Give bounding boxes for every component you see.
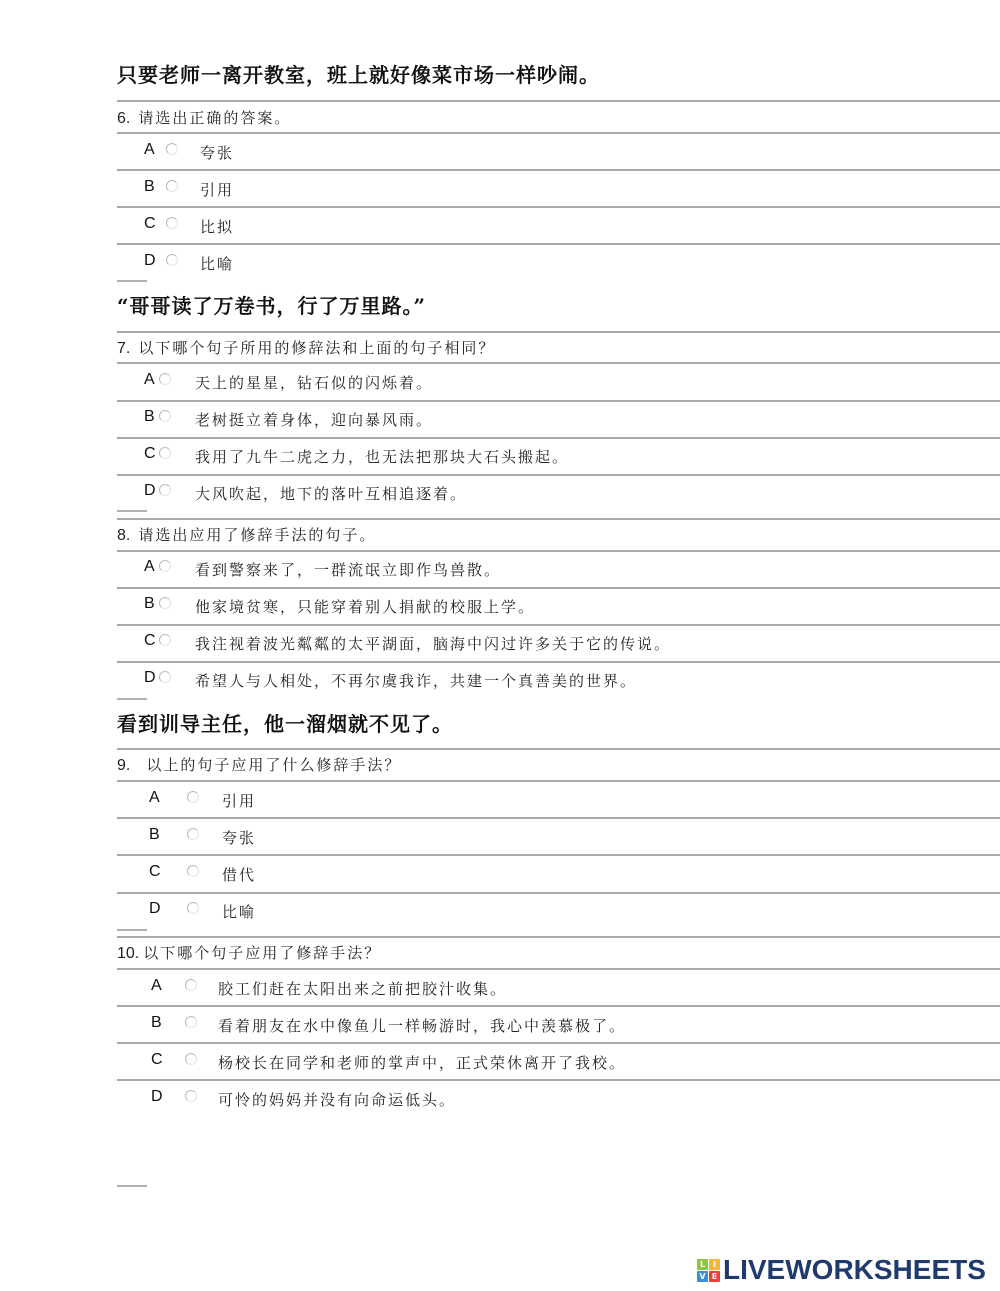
option-text: 老树挺立着身体，迎向暴风雨。 — [195, 410, 433, 430]
option-letter: C — [144, 445, 156, 463]
option-text: 杨校长在同学和老师的掌声中，正式荣休离开了我校。 — [218, 1053, 626, 1073]
option-text: 我注视着波光粼粼的太平湖面，脑海中闪过许多关于它的传说。 — [195, 634, 671, 654]
divider-stub — [117, 698, 147, 700]
radio-button[interactable] — [187, 791, 199, 803]
option-text: 我用了九牛二虎之力，也无法把那块大石头搬起。 — [195, 447, 569, 467]
option-letter: D — [144, 252, 156, 270]
option-text: 引用 — [222, 791, 256, 811]
radio-button[interactable] — [185, 1016, 197, 1028]
divider-stub — [117, 1185, 147, 1187]
divider — [117, 587, 1000, 589]
radio-button[interactable] — [166, 180, 178, 192]
option-text: 大风吹起，地下的落叶互相追逐着。 — [195, 484, 467, 504]
divider — [117, 331, 1000, 333]
question-number: 9. — [117, 757, 130, 774]
divider — [117, 518, 1000, 520]
question-7-title: 7.以下哪个句子所用的修辞法和上面的句子相同？ — [117, 337, 495, 358]
question-number: 8. — [117, 527, 130, 544]
divider — [117, 400, 1000, 402]
radio-button[interactable] — [159, 634, 171, 646]
option-letter: C — [144, 632, 156, 650]
option-text: 看着朋友在水中像鱼儿一样畅游时，我心中羡慕极了。 — [218, 1016, 626, 1036]
option-text: 希望人与人相处，不再尔虞我诈，共建一个真善美的世界。 — [195, 671, 637, 691]
option-text: 他家境贫寒，只能穿着别人捐献的校服上学。 — [195, 597, 535, 617]
radio-button[interactable] — [159, 484, 171, 496]
divider — [117, 169, 1000, 171]
divider — [117, 362, 1000, 364]
option-text: 可怜的妈妈并没有向命运低头。 — [218, 1090, 456, 1110]
prompt-sentence-1: 只要老师一离开教室，班上就好像菜市场一样吵闹。 — [117, 59, 600, 88]
radio-button[interactable] — [187, 865, 199, 877]
radio-button[interactable] — [159, 373, 171, 385]
question-10-title: 10.以下哪个句子应用了修辞手法？ — [117, 942, 381, 963]
question-prompt: 请选出正确的答案。 — [138, 109, 291, 127]
question-prompt: 请选出应用了修辞手法的句子。 — [138, 526, 376, 544]
divider-stub — [117, 929, 147, 931]
option-letter: D — [151, 1088, 163, 1106]
liveworksheets-logo: L I V E LIVEWORKSHEETS — [697, 1257, 986, 1283]
logo-block-l: L — [697, 1259, 708, 1270]
divider-stub — [117, 510, 147, 512]
option-letter: B — [144, 408, 155, 426]
radio-button[interactable] — [159, 447, 171, 459]
divider — [117, 474, 1000, 476]
option-letter: C — [151, 1051, 163, 1069]
divider — [117, 550, 1000, 552]
option-text: 胶工们赶在太阳出来之前把胶汁收集。 — [218, 979, 507, 999]
option-letter: D — [149, 900, 161, 918]
divider — [117, 817, 1000, 819]
option-text: 比喻 — [200, 254, 234, 274]
divider — [117, 968, 1000, 970]
logo-block-e: E — [709, 1271, 720, 1282]
divider — [117, 1079, 1000, 1081]
logo-block-i: I — [709, 1259, 720, 1270]
radio-button[interactable] — [187, 828, 199, 840]
option-letter: D — [144, 669, 156, 687]
prompt-sentence-2: “哥哥读了万卷书，行了万里路。” — [117, 290, 426, 319]
radio-button[interactable] — [187, 902, 199, 914]
divider — [117, 1042, 1000, 1044]
option-letter: B — [151, 1014, 162, 1032]
option-letter: A — [144, 558, 155, 576]
option-letter: B — [149, 826, 160, 844]
radio-button[interactable] — [185, 979, 197, 991]
divider — [117, 748, 1000, 750]
divider — [117, 624, 1000, 626]
option-letter: B — [144, 178, 155, 196]
radio-button[interactable] — [166, 143, 178, 155]
radio-button[interactable] — [166, 217, 178, 229]
question-8-title: 8.请选出应用了修辞手法的句子。 — [117, 524, 376, 545]
question-number: 7. — [117, 340, 130, 357]
option-letter: C — [144, 215, 156, 233]
question-9-title: 9.以上的句子应用了什么修辞手法？ — [117, 754, 401, 775]
divider — [117, 892, 1000, 894]
divider — [117, 780, 1000, 782]
option-text: 比拟 — [200, 217, 234, 237]
option-text: 看到警察来了，一群流氓立即作鸟兽散。 — [195, 560, 501, 580]
prompt-sentence-3: 看到训导主任，他一溜烟就不见了。 — [117, 708, 453, 737]
divider — [117, 206, 1000, 208]
option-text: 夸张 — [200, 143, 234, 163]
question-number: 10. — [117, 945, 139, 962]
question-6-title: 6.请选出正确的答案。 — [117, 107, 291, 128]
divider-stub — [117, 280, 147, 282]
option-text: 夸张 — [222, 828, 256, 848]
option-letter: A — [149, 789, 160, 807]
option-text: 引用 — [200, 180, 234, 200]
option-letter: A — [144, 371, 155, 389]
option-letter: C — [149, 863, 161, 881]
live-blocks-icon: L I V E — [697, 1259, 720, 1282]
brand-name: LIVEWORKSHEETS — [723, 1257, 986, 1283]
option-letter: D — [144, 482, 156, 500]
radio-button[interactable] — [185, 1053, 197, 1065]
radio-button[interactable] — [185, 1090, 197, 1102]
radio-button[interactable] — [166, 254, 178, 266]
divider — [117, 100, 1000, 102]
option-letter: B — [144, 595, 155, 613]
option-text: 借代 — [222, 865, 256, 885]
option-letter: A — [151, 977, 162, 995]
divider — [117, 243, 1000, 245]
radio-button[interactable] — [159, 597, 171, 609]
option-letter: A — [144, 141, 155, 159]
radio-button[interactable] — [159, 560, 171, 572]
logo-block-v: V — [697, 1271, 708, 1282]
divider — [117, 854, 1000, 856]
question-number: 6. — [117, 110, 130, 127]
divider — [117, 936, 1000, 938]
radio-button[interactable] — [159, 410, 171, 422]
question-prompt: 以下哪个句子应用了修辞手法？ — [143, 944, 381, 962]
question-prompt: 以下哪个句子所用的修辞法和上面的句子相同？ — [138, 339, 495, 357]
divider — [117, 661, 1000, 663]
divider — [117, 1005, 1000, 1007]
radio-button[interactable] — [159, 671, 171, 683]
question-prompt: 以上的句子应用了什么修辞手法？ — [146, 756, 401, 774]
option-text: 天上的星星，钻石似的闪烁着。 — [195, 373, 433, 393]
divider — [117, 437, 1000, 439]
option-text: 比喻 — [222, 902, 256, 922]
divider — [117, 132, 1000, 134]
